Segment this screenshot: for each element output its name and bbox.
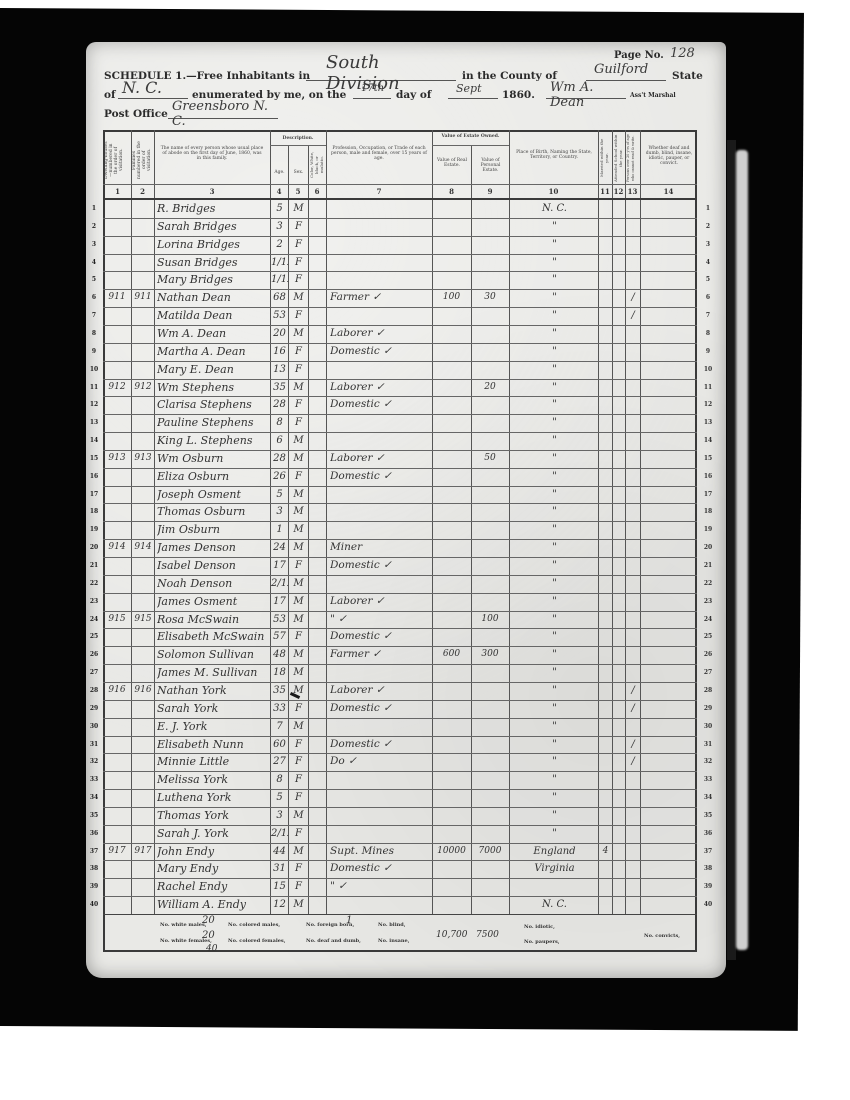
row-number-left: 35 xyxy=(89,812,99,819)
person-sex: F xyxy=(289,771,308,788)
row-number-right: 8 xyxy=(701,330,715,337)
white-males-value: 20 xyxy=(202,915,215,926)
person-name: Wm A. Dean xyxy=(157,325,269,342)
row-number-right: 30 xyxy=(701,723,715,730)
row-number-left: 21 xyxy=(89,562,99,569)
person-age: 26 xyxy=(271,468,288,485)
page-edge-strip xyxy=(736,150,748,950)
person-name: Minnie Little xyxy=(157,753,269,770)
person-sex: F xyxy=(289,361,308,378)
col-9-header: Value of Personal Estate. xyxy=(473,158,508,173)
cannot-read-write-mark: / xyxy=(626,700,640,717)
person-age: 5 xyxy=(271,789,288,806)
row-number-right: 39 xyxy=(701,883,715,890)
row-number-right: 2 xyxy=(701,223,715,230)
birthplace: " xyxy=(512,664,597,681)
paupers-label: No. paupers, xyxy=(524,939,560,945)
person-age: 60 xyxy=(271,736,288,753)
division-field: South Division xyxy=(306,64,456,81)
row-number-right: 40 xyxy=(701,901,715,908)
person-age: 27 xyxy=(271,753,288,770)
birthplace: N. C. xyxy=(512,896,597,913)
person-occupation: Supt. Mines xyxy=(330,843,430,860)
person-age: 2/12 xyxy=(271,825,288,842)
month-value: Sept xyxy=(456,82,482,95)
marshal-value: Wm A. Dean xyxy=(550,80,626,110)
blind-label: No. blind, xyxy=(378,922,405,928)
value-group-line xyxy=(432,145,509,146)
person-occupation: Farmer ✓ xyxy=(330,289,430,306)
col-number: 8 xyxy=(432,187,471,196)
state-value: N. C. xyxy=(122,78,162,97)
person-occupation: Domestic ✓ xyxy=(330,628,430,645)
col-number: 2 xyxy=(131,187,154,196)
family-number: 916 xyxy=(132,682,154,699)
row-number-right: 29 xyxy=(701,705,715,712)
person-name: Nathan York xyxy=(157,682,269,699)
post-office-label: Post Office xyxy=(104,108,168,120)
real-estate-value: 600 xyxy=(433,646,470,663)
birthplace: " xyxy=(512,271,597,288)
birthplace: " xyxy=(512,611,597,628)
person-sex: F xyxy=(289,557,308,574)
birthplace: " xyxy=(512,700,597,717)
person-age: 20 xyxy=(271,325,288,342)
person-name: King L. Stephens xyxy=(157,432,269,449)
row-number-left: 26 xyxy=(89,651,99,658)
person-name: Sarah J. York xyxy=(157,825,269,842)
birthplace: " xyxy=(512,450,597,467)
person-age: 2/12 xyxy=(271,575,288,592)
row-number-left: 38 xyxy=(89,865,99,872)
person-sex: M xyxy=(289,539,308,556)
person-sex: F xyxy=(289,736,308,753)
row-number-left: 36 xyxy=(89,830,99,837)
person-occupation: Miner xyxy=(330,539,430,556)
person-sex: M xyxy=(289,664,308,681)
person-sex: F xyxy=(289,343,308,360)
personal-estate-value: 7000 xyxy=(472,843,508,860)
month-field: Sept xyxy=(448,86,498,99)
person-name: John Endy xyxy=(157,843,269,860)
person-sex: F xyxy=(289,271,308,288)
header-bottom-line xyxy=(103,184,697,185)
post-office-value: Greensboro N. C. xyxy=(172,99,278,129)
person-sex: M xyxy=(289,325,308,342)
person-name: R. Bridges xyxy=(157,200,269,217)
person-age: 68 xyxy=(271,289,288,306)
row-number-left: 24 xyxy=(89,616,99,623)
row-number-right: 36 xyxy=(701,830,715,837)
person-sex: M xyxy=(289,432,308,449)
person-sex: M xyxy=(289,646,308,663)
row-number-left: 40 xyxy=(89,901,99,908)
person-occupation: Do ✓ xyxy=(330,753,430,770)
row-number-right: 22 xyxy=(701,580,715,587)
row-number-left: 17 xyxy=(89,491,99,498)
row-number-left: 25 xyxy=(89,633,99,640)
person-occupation: Domestic ✓ xyxy=(330,860,430,877)
row-number-right: 13 xyxy=(701,419,715,426)
person-age: 8 xyxy=(271,771,288,788)
person-name: Thomas York xyxy=(157,807,269,824)
row-number-left: 32 xyxy=(89,758,99,765)
birthplace: " xyxy=(512,432,597,449)
family-number: 911 xyxy=(132,289,154,306)
total-persons: 40 xyxy=(206,944,217,954)
birthplace: " xyxy=(512,646,597,663)
row-number-right: 6 xyxy=(701,294,715,301)
birthplace: " xyxy=(512,521,597,538)
row-number-right: 3 xyxy=(701,241,715,248)
row-number-left: 27 xyxy=(89,669,99,676)
person-age: 44 xyxy=(271,843,288,860)
row-number-left: 34 xyxy=(89,794,99,801)
deaf-dumb-label: No. deaf and dumb, xyxy=(306,938,361,944)
personal-estate-value: 20 xyxy=(472,379,508,396)
row-number-left: 28 xyxy=(89,687,99,694)
row-number-right: 1 xyxy=(701,205,715,212)
person-name: Wm Stephens xyxy=(157,379,269,396)
person-age: 28 xyxy=(271,450,288,467)
person-age: 3 xyxy=(271,807,288,824)
family-number: 913 xyxy=(132,450,154,467)
person-sex: M xyxy=(289,593,308,610)
person-sex: F xyxy=(289,628,308,645)
birthplace: Virginia xyxy=(512,860,597,877)
dwelling-number: 911 xyxy=(104,289,130,306)
person-name: James Osment xyxy=(157,593,269,610)
person-sex: F xyxy=(289,307,308,324)
row-number-left: 9 xyxy=(89,348,99,355)
birthplace: " xyxy=(512,736,597,753)
person-name: Isabel Denson xyxy=(157,557,269,574)
person-age: 8 xyxy=(271,414,288,431)
birthplace: " xyxy=(512,414,597,431)
idiotic-label: No. idiotic, xyxy=(524,924,555,930)
birthplace: England xyxy=(512,843,597,860)
row-number-right: 34 xyxy=(701,794,715,801)
person-age: 48 xyxy=(271,646,288,663)
person-name: E. J. York xyxy=(157,718,269,735)
page-edge-shadow xyxy=(727,140,736,960)
colored-females-label: No. colored females, xyxy=(228,938,285,944)
person-age: 17 xyxy=(271,593,288,610)
col-number: 10 xyxy=(509,187,598,196)
family-number: 917 xyxy=(132,843,154,860)
person-age: 18 xyxy=(271,664,288,681)
birthplace: " xyxy=(512,718,597,735)
footer-top-line xyxy=(103,914,697,915)
cannot-read-write-mark: / xyxy=(626,289,640,306)
birthplace: " xyxy=(512,771,597,788)
row-number-right: 21 xyxy=(701,562,715,569)
col-13-header: Persons over 20 y'rs of age who cannot r… xyxy=(626,134,640,182)
row-number-left: 37 xyxy=(89,848,99,855)
birthplace: " xyxy=(512,325,597,342)
person-occupation: Laborer ✓ xyxy=(330,450,430,467)
birthplace: " xyxy=(512,753,597,770)
birthplace: " xyxy=(512,307,597,324)
real-estate-total: 10,700 xyxy=(436,930,468,940)
person-name: Martha A. Dean xyxy=(157,343,269,360)
person-sex: F xyxy=(289,753,308,770)
col-7-header: Profession, Occupation, or Trade of each… xyxy=(330,146,428,161)
person-age: 53 xyxy=(271,611,288,628)
row-number-left: 33 xyxy=(89,776,99,783)
row-number-right: 28 xyxy=(701,687,715,694)
person-sex: M xyxy=(289,718,308,735)
person-name: Matilda Dean xyxy=(157,307,269,324)
person-occupation: Farmer ✓ xyxy=(330,646,430,663)
family-number: 915 xyxy=(132,611,154,628)
col-5-header: Sex. xyxy=(289,170,308,175)
dwelling-number: 913 xyxy=(104,450,130,467)
person-age: 12 xyxy=(271,896,288,913)
person-age: 13 xyxy=(271,361,288,378)
white-males-label: No. white males, xyxy=(160,922,207,928)
row-number-left: 18 xyxy=(89,508,99,515)
birthplace: " xyxy=(512,486,597,503)
person-occupation: Domestic ✓ xyxy=(330,343,430,360)
birthplace: " xyxy=(512,343,597,360)
birthplace: " xyxy=(512,789,597,806)
person-name: Mary E. Dean xyxy=(157,361,269,378)
person-age: 17 xyxy=(271,557,288,574)
row-number-right: 18 xyxy=(701,508,715,515)
person-occupation: " ✓ xyxy=(330,878,430,895)
person-age: 16 xyxy=(271,343,288,360)
person-age: 5 xyxy=(271,486,288,503)
col-6-header: Color, White, black, or mulatto. xyxy=(309,148,326,182)
col-number: 11 xyxy=(598,187,612,196)
birthplace: " xyxy=(512,236,597,253)
person-sex: M xyxy=(289,521,308,538)
family-number: 914 xyxy=(132,539,154,556)
person-name: Sarah York xyxy=(157,700,269,717)
person-sex: M xyxy=(289,289,308,306)
col-12-header: Attended School within the year. xyxy=(613,134,625,182)
birthplace: " xyxy=(512,289,597,306)
person-sex: F xyxy=(289,700,308,717)
person-name: Susan Bridges xyxy=(157,254,269,271)
person-sex: F xyxy=(289,218,308,235)
real-estate-value: 10000 xyxy=(433,843,470,860)
cannot-read-write-mark: / xyxy=(626,753,640,770)
row-number-left: 11 xyxy=(89,384,99,391)
col-10-header: Place of Birth, Naming the State, Territ… xyxy=(514,150,594,160)
person-name: Pauline Stephens xyxy=(157,414,269,431)
row-number-left: 13 xyxy=(89,419,99,426)
person-sex: F xyxy=(289,254,308,271)
col-11-header: Married within the year. xyxy=(599,134,612,182)
col-2-header: Families numbered in the order of visita… xyxy=(132,140,154,180)
row-number-right: 17 xyxy=(701,491,715,498)
row-number-left: 15 xyxy=(89,455,99,462)
personal-estate-value: 100 xyxy=(472,611,508,628)
birthplace: " xyxy=(512,468,597,485)
row-number-right: 24 xyxy=(701,616,715,623)
row-number-left: 16 xyxy=(89,473,99,480)
person-name: Elisabeth Nunn xyxy=(157,736,269,753)
post-office-field: Greensboro N. C. xyxy=(168,104,278,119)
person-sex: F xyxy=(289,878,308,895)
person-age: 28 xyxy=(271,396,288,413)
col-number: 9 xyxy=(471,187,509,196)
person-sex: F xyxy=(289,825,308,842)
col-number: 7 xyxy=(326,187,432,196)
person-name: Solomon Sullivan xyxy=(157,646,269,663)
row-number-left: 5 xyxy=(89,276,99,283)
birthplace: " xyxy=(512,825,597,842)
real-estate-value: 100 xyxy=(433,289,470,306)
cannot-read-write-mark: / xyxy=(626,736,640,753)
row-number-left: 31 xyxy=(89,741,99,748)
row-number-left: 8 xyxy=(89,330,99,337)
person-sex: F xyxy=(289,860,308,877)
row-number-left: 39 xyxy=(89,883,99,890)
birthplace: " xyxy=(512,682,597,699)
person-age: 1/12 xyxy=(271,254,288,271)
person-name: Wm Osburn xyxy=(157,450,269,467)
person-age: 53 xyxy=(271,307,288,324)
marshal-label: Ass't Marshal xyxy=(630,92,676,99)
of-label: of xyxy=(104,89,116,101)
birthplace: " xyxy=(512,218,597,235)
person-sex: M xyxy=(289,896,308,913)
marshal-field: Wm A. Dean xyxy=(546,86,626,99)
dwelling-number: 912 xyxy=(104,379,130,396)
person-name: Elisabeth McSwain xyxy=(157,628,269,645)
row-number-left: 14 xyxy=(89,437,99,444)
row-number-right: 11 xyxy=(701,384,715,391)
person-occupation: Laborer ✓ xyxy=(330,379,430,396)
person-age: 3 xyxy=(271,503,288,520)
division-value: South Division xyxy=(326,52,456,94)
row-number-right: 19 xyxy=(701,526,715,533)
birthplace: " xyxy=(512,379,597,396)
person-age: 1/12 xyxy=(271,271,288,288)
person-occupation: Domestic ✓ xyxy=(330,736,430,753)
person-age: 6 xyxy=(271,432,288,449)
person-name: Noah Denson xyxy=(157,575,269,592)
col-14-header: Whether deaf and dumb, blind, insane, id… xyxy=(643,146,695,166)
insane-label: No. insane, xyxy=(378,938,409,944)
person-name: Joseph Osment xyxy=(157,486,269,503)
row-number-left: 12 xyxy=(89,401,99,408)
person-name: Jim Osburn xyxy=(157,521,269,538)
county-value: Guilford xyxy=(594,62,648,77)
row-number-left: 6 xyxy=(89,294,99,301)
state-field: N. C. xyxy=(118,84,188,99)
year: 1860. xyxy=(502,89,535,101)
birthplace: " xyxy=(512,539,597,556)
birthplace: " xyxy=(512,557,597,574)
colored-males-label: No. colored males, xyxy=(228,922,280,928)
cannot-read-write-mark: / xyxy=(626,682,640,699)
birthplace: " xyxy=(512,807,597,824)
person-sex: M xyxy=(289,843,308,860)
personal-estate-value: 300 xyxy=(472,646,508,663)
row-number-right: 23 xyxy=(701,598,715,605)
row-number-left: 3 xyxy=(89,241,99,248)
row-number-right: 14 xyxy=(701,437,715,444)
page-number: 128 xyxy=(670,46,695,61)
row-number-left: 10 xyxy=(89,366,99,373)
row-number-right: 15 xyxy=(701,455,715,462)
row-number-left: 29 xyxy=(89,705,99,712)
col-number: 4 xyxy=(270,187,288,196)
person-sex: F xyxy=(289,236,308,253)
person-occupation: Laborer ✓ xyxy=(330,325,430,342)
person-name: Melissa York xyxy=(157,771,269,788)
row-number-right: 25 xyxy=(701,633,715,640)
row-number-right: 31 xyxy=(701,741,715,748)
person-age: 2 xyxy=(271,236,288,253)
col-number: 6 xyxy=(308,187,326,196)
col-number: 3 xyxy=(154,187,270,196)
white-females-value: 20 xyxy=(202,930,215,941)
person-sex: M xyxy=(289,450,308,467)
person-age: 57 xyxy=(271,628,288,645)
col-divider xyxy=(471,145,472,914)
row-number-left: 20 xyxy=(89,544,99,551)
person-name: Thomas Osburn xyxy=(157,503,269,520)
birthplace: " xyxy=(512,361,597,378)
col-8-header: Value of Real Estate. xyxy=(434,158,470,168)
personal-estate-total: 7500 xyxy=(476,930,499,940)
person-age: 31 xyxy=(271,860,288,877)
person-occupation: Domestic ✓ xyxy=(330,557,430,574)
person-sex: F xyxy=(289,468,308,485)
person-name: Clarisa Stephens xyxy=(157,396,269,413)
col-number: 12 xyxy=(612,187,625,196)
person-age: 15 xyxy=(271,878,288,895)
row-number-right: 35 xyxy=(701,812,715,819)
person-sex: M xyxy=(289,486,308,503)
person-occupation: " ✓ xyxy=(330,611,430,628)
description-header: Description. xyxy=(270,136,326,141)
day-of-label: day of xyxy=(396,89,431,101)
row-number-right: 20 xyxy=(701,544,715,551)
row-number-left: 30 xyxy=(89,723,99,730)
row-number-right: 27 xyxy=(701,669,715,676)
col-3-header: The name of every person whose usual pla… xyxy=(160,146,264,161)
row-number-right: 12 xyxy=(701,401,715,408)
day-field: 17th xyxy=(353,86,391,99)
row-number-right: 4 xyxy=(701,259,715,266)
row-number-right: 26 xyxy=(701,651,715,658)
person-sex: M xyxy=(289,200,308,217)
dwelling-number: 917 xyxy=(104,843,130,860)
person-name: Rachel Endy xyxy=(157,878,269,895)
cannot-read-write-mark: / xyxy=(626,307,640,324)
description-group-line xyxy=(270,145,326,146)
foreign-born-value: 1 xyxy=(346,915,352,926)
person-name: Mary Bridges xyxy=(157,271,269,288)
person-name: William A. Endy xyxy=(157,896,269,913)
birthplace: " xyxy=(512,593,597,610)
person-occupation: Laborer ✓ xyxy=(330,593,430,610)
person-sex: M xyxy=(289,575,308,592)
col-number: 1 xyxy=(104,187,131,196)
person-age: 24 xyxy=(271,539,288,556)
person-sex: M xyxy=(289,379,308,396)
person-name: Luthena York xyxy=(157,789,269,806)
col-number: 13 xyxy=(625,187,640,196)
col-number: 14 xyxy=(640,187,697,196)
col-4-header: Age. xyxy=(271,170,288,175)
